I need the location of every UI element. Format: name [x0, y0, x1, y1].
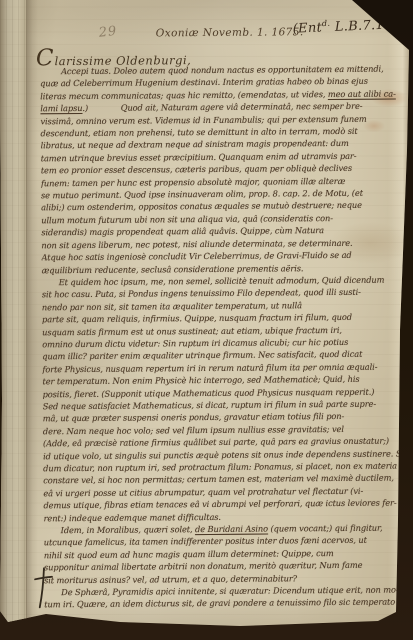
handwriting-layer: 29 Oxoniæ Novemb. 1. 1675. (Entd. L.B.7.…: [0, 0, 413, 640]
entry-word: Ent: [298, 20, 323, 36]
entry-annotation: (Entd. L.B.7.169.): [292, 15, 411, 36]
dateline: Oxoniæ Novemb. 1. 1675.: [156, 26, 304, 39]
photo-backdrop: 29 Oxoniæ Novemb. 1. 1675. (Entd. L.B.7.…: [0, 0, 413, 640]
page-number: 29: [98, 24, 118, 41]
entry-ref: L.B.7.169.): [330, 17, 411, 35]
manuscript-page: 29 Oxoniæ Novemb. 1. 1675. (Entd. L.B.7.…: [0, 0, 413, 640]
manuscript-line: tum iri. Quære, an idem dicturus sit, de…: [44, 596, 402, 611]
marginal-cross-mark: [33, 566, 55, 610]
letter-body: Accepi tuas. Doleo autem quod nondum nac…: [40, 62, 402, 625]
